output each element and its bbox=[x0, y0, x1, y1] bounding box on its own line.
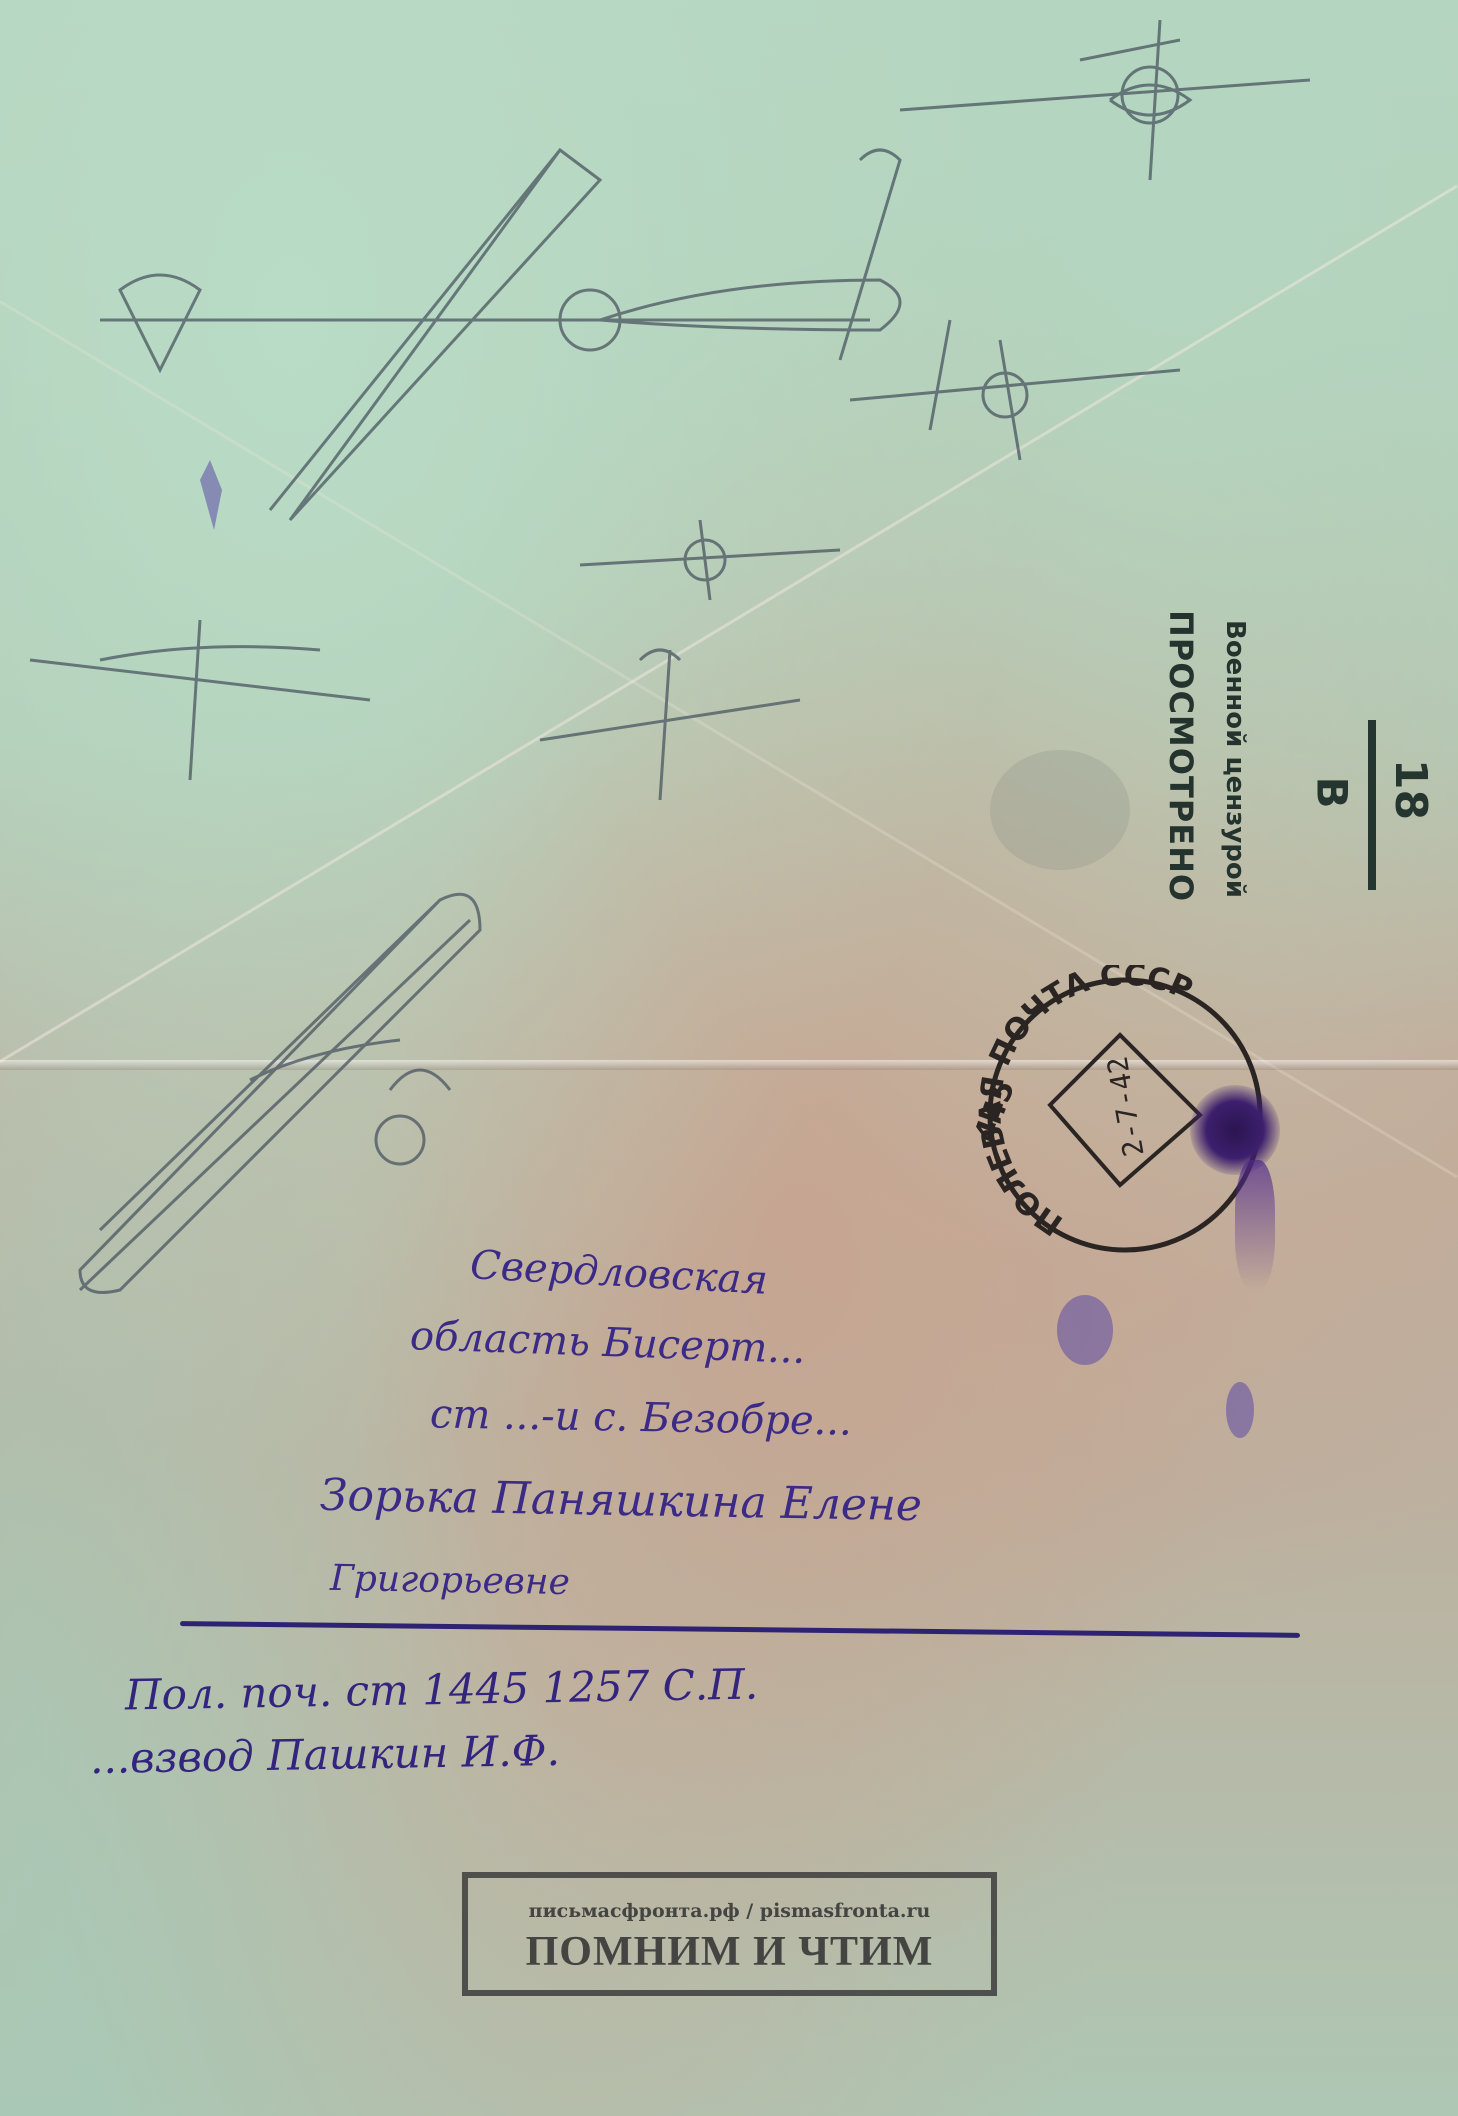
ink-blot bbox=[1190, 1085, 1280, 1175]
address-line-4: Зорька Паняшкина Елене bbox=[320, 1470, 923, 1531]
sender-line-2: ...взвод Пашкин И.Ф. bbox=[90, 1726, 561, 1783]
censor-number: В 18 bbox=[1310, 720, 1430, 900]
address-line-5: Григорьевне bbox=[330, 1558, 571, 1603]
censor-stamp-line2: Военной цензурой bbox=[1220, 620, 1250, 898]
watermark-url: письмасфронта.рф / pismasfronta.ru bbox=[468, 1900, 991, 1922]
censor-number-value: 18 bbox=[1385, 759, 1436, 820]
watermark-title: ПОМНИМ И ЧТИМ bbox=[468, 1928, 991, 1976]
censor-stamp-line1: ПРОСМОТРЕНО bbox=[1162, 610, 1200, 902]
address-line-3: ст ...-и с. Безобре... bbox=[430, 1391, 853, 1444]
fraction-bar bbox=[1368, 720, 1376, 890]
ink-smear bbox=[1235, 1160, 1275, 1290]
censor-letter: В bbox=[1308, 776, 1357, 808]
watermark-stamp: письмасфронта.рф / pismasfronta.ru ПОМНИ… bbox=[462, 1872, 997, 1996]
